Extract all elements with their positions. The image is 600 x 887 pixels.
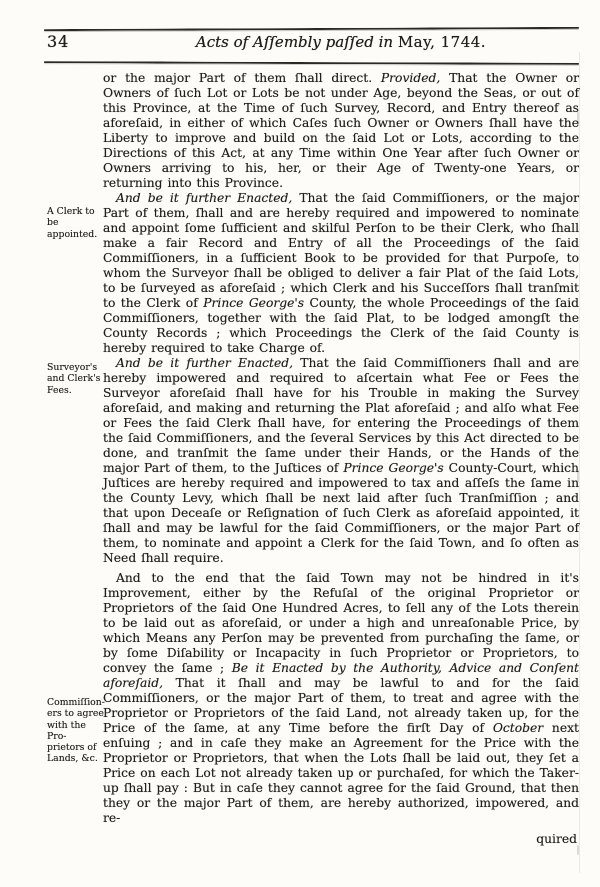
- italic-text-segment: And be it further Enacted,: [116, 356, 293, 370]
- italic-text-segment: And be it further Enacted,: [116, 191, 292, 205]
- running-title-italic: Acts of Aſſembly paſſed in: [196, 33, 398, 51]
- margin-note: Commiſſion-ers to agreewith the Pro-prie…: [47, 697, 105, 765]
- top-rule: [44, 27, 579, 31]
- scan-speck: [577, 470, 579, 482]
- text-segment: That the Owner or Owners of ſuch Lot or …: [103, 71, 579, 190]
- text-segment: And to the end that the ſaid Town may no…: [103, 571, 579, 675]
- page-edge-shadow: [579, 52, 580, 873]
- italic-text-segment: Prince George's: [203, 296, 304, 310]
- text-segment: next enſuing ; and in caſe they make an …: [103, 721, 579, 825]
- running-title: Acts of Aſſembly paſſed in May, 1744.: [103, 33, 579, 51]
- text-segment: That the ſaid Commiſſioners ſhall and ar…: [103, 356, 579, 475]
- running-title-roman: May, 1744.: [398, 33, 486, 51]
- text-segment: That the ſaid Commiſſioners, or the majo…: [103, 191, 579, 310]
- margin-note-line: Surveyor's: [47, 362, 105, 373]
- page-number: 34: [47, 32, 69, 51]
- paragraph: And be it further Enacted, That the ſaid…: [103, 191, 579, 356]
- margin-note: Surveyor'sand Clerk'sFees.: [47, 362, 105, 396]
- margin-note-line: appointed.: [47, 229, 105, 240]
- margin-note-line: prietors of: [47, 742, 105, 753]
- margin-note-line: and Clerk's: [47, 373, 105, 384]
- text-segment: or the major Part of them ſhall direct.: [103, 71, 381, 85]
- margin-note-line: ers to agree: [47, 708, 105, 719]
- body-text: or the major Part of them ſhall direct. …: [103, 71, 579, 826]
- italic-text-segment: October: [493, 721, 543, 735]
- header-rule: [44, 61, 579, 65]
- margin-note-line: Fees.: [47, 385, 105, 396]
- margin-note-line: Commiſſion-: [47, 697, 105, 708]
- catchword: quired: [536, 832, 577, 846]
- paragraph: And to the end that the ſaid Town may no…: [103, 571, 579, 826]
- italic-text-segment: Provided,: [381, 71, 440, 85]
- text-segment: County-Court, which Juſtices are hereby …: [103, 461, 579, 565]
- paragraph: or the major Part of them ſhall direct. …: [103, 71, 579, 191]
- margin-note-line: Lands, &c.: [47, 753, 105, 764]
- margin-note-line: A Clerk to be: [47, 206, 105, 229]
- margin-note-line: with the Pro-: [47, 720, 105, 743]
- scan-speck: [577, 845, 579, 855]
- italic-text-segment: Prince George's: [343, 461, 443, 475]
- document-page: 34 Acts of Aſſembly paſſed in May, 1744.…: [0, 0, 600, 887]
- scan-speck: [577, 112, 579, 126]
- margin-note: A Clerk to beappointed.: [47, 206, 105, 240]
- paragraph: And be it further Enacted, That the ſaid…: [103, 356, 579, 566]
